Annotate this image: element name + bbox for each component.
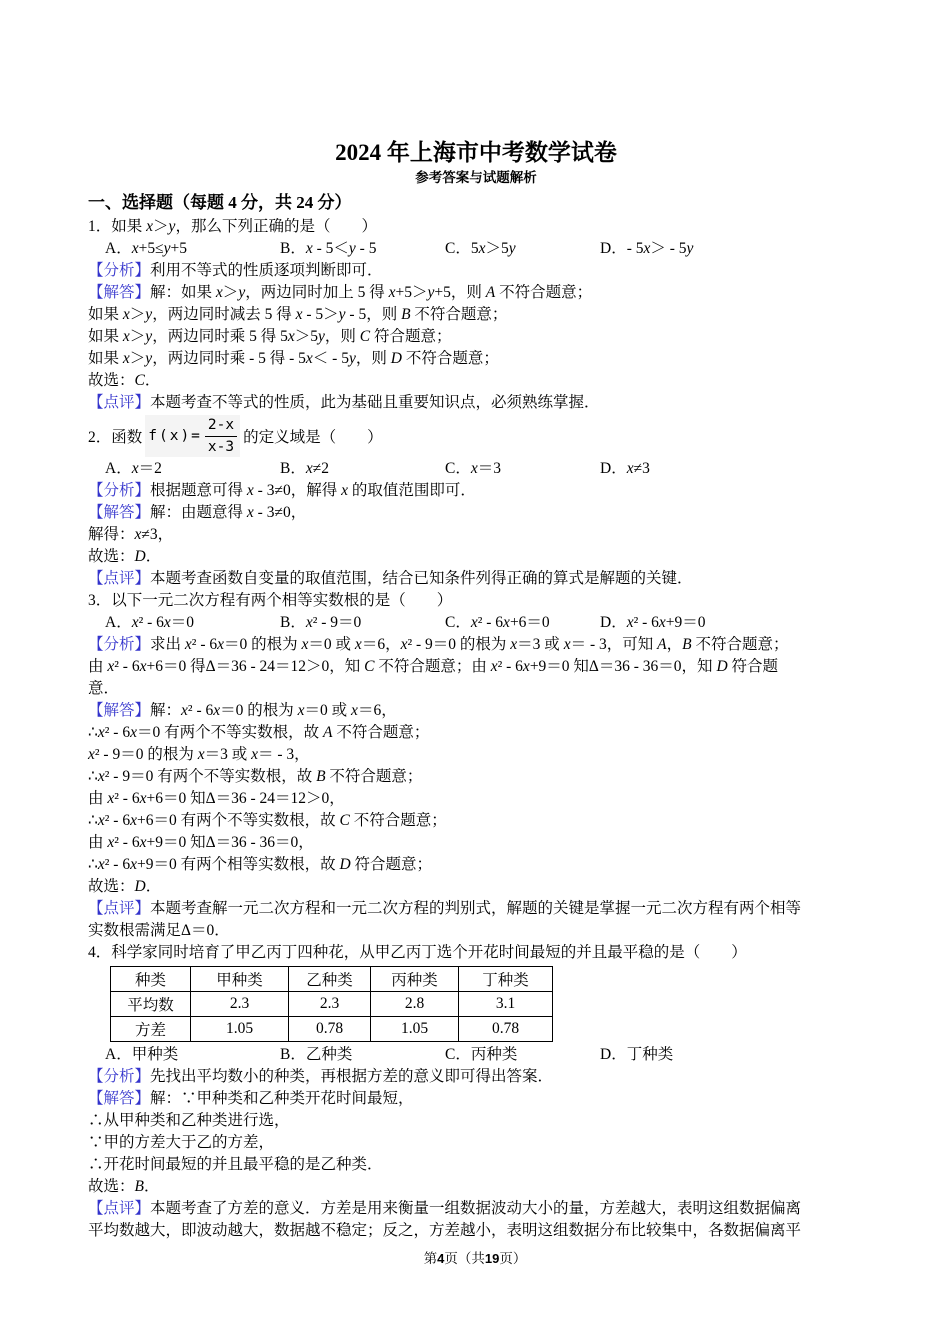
table-cell: 方差 — [111, 1017, 191, 1042]
total-pages: 19 — [485, 1251, 499, 1266]
text-line: 如果 x＞y，两边同时乘 - 5 得 - 5x＜ - 5y，则 D 不符合题意； — [88, 348, 864, 370]
analysis-label: 【分析】 — [88, 262, 150, 279]
text-line: 故选：D． — [88, 546, 864, 568]
text-line: ∴开花时间最短的并且最平稳的是乙种类． — [88, 1154, 864, 1176]
question-3: 3．以下一元二次方程有两个相等实数根的是（ ）A．x² - 6x＝0B．x² -… — [88, 590, 864, 942]
question-line-with-formula: 2．函数f(x)=2-xx-3的定义域是（ ） — [88, 414, 864, 458]
table-cell: 丙种类 — [371, 967, 459, 992]
fraction-formula: f(x)=2-xx-3 — [145, 415, 240, 456]
analysis-line: 【分析】先找出平均数小的种类，再根据方差的意义即可得出答案． — [88, 1066, 864, 1088]
table-cell: 种类 — [111, 967, 191, 992]
solution-line: 【解答】解：如果 x＞y，两边同时加上 5 得 x+5＞y+5，则 A 不符合题… — [88, 282, 864, 304]
text-line: ∴x² - 9＝0 有两个不等实数根，故 B 不符合题意； — [88, 766, 864, 788]
document-title: 2024 年上海市中考数学试卷 — [88, 138, 864, 168]
option-d: D．- 5x＞ - 5y — [600, 238, 693, 260]
text-line: 如果 x＞y，两边同时乘 5 得 5x＞5y，则 C 符合题意； — [88, 326, 864, 348]
document-subtitle: 参考答案与试题解析 — [88, 168, 864, 188]
text-line: 由 x² - 6x+6＝0 知Δ＝36 - 24＝12＞0， — [88, 788, 864, 810]
text-line: x² - 9＝0 的根为 x＝3 或 x＝ - 3， — [88, 744, 864, 766]
footer-text: 第 — [424, 1251, 438, 1266]
text-line: 意． — [88, 678, 864, 700]
analysis-line: 【分析】求出 x² - 6x＝0 的根为 x＝0 或 x＝6，x² - 9＝0 … — [88, 634, 864, 656]
page-footer: 第4页（共19页） — [0, 1247, 950, 1267]
options-row: A．x＝2B．x≠2C．x＝3D．x≠3 — [88, 458, 864, 480]
analysis-line: 【分析】利用不等式的性质逐项判断即可． — [88, 260, 864, 282]
analysis-label: 【分析】 — [88, 636, 150, 653]
question-2: 2．函数f(x)=2-xx-3的定义域是（ ）A．x＝2B．x≠2C．x＝3D．… — [88, 414, 864, 590]
text-line: ∴x² - 6x+9＝0 有两个相等实数根，故 D 符合题意； — [88, 854, 864, 876]
flower-data-table: 种类甲种类乙种类丙种类丁种类平均数2.32.32.83.1方差1.050.781… — [110, 966, 553, 1042]
text-line: 如果 x＞y，两边同时减去 5 得 x - 5＞y - 5，则 B 不符合题意； — [88, 304, 864, 326]
comment-line: 【点评】本题考查了方差的意义．方差是用来衡量一组数据波动大小的量，方差越大，表明… — [88, 1198, 864, 1220]
options-row: A．甲种类B．乙种类C．丙种类D．丁种类 — [88, 1044, 864, 1066]
solution-label: 【解答】 — [88, 1090, 150, 1107]
option-b: B．乙种类 — [280, 1044, 352, 1066]
question-4: 4．科学家同时培育了甲乙丙丁四种花，从甲乙丙丁选个开花时间最短的并且最平稳的是（… — [88, 942, 864, 1242]
text-line: 由 x² - 6x+9＝0 知Δ＝36 - 36＝0， — [88, 832, 864, 854]
options-row: A．x+5≤y+5B．x - 5＜y - 5C．5x＞5yD．- 5x＞ - 5… — [88, 238, 864, 260]
text-line: ∵甲的方差大于乙的方差， — [88, 1132, 864, 1154]
table-cell: 1.05 — [371, 1017, 459, 1042]
option-d: D．丁种类 — [600, 1044, 673, 1066]
options-row: A．x² - 6x＝0B．x² - 9＝0C．x² - 6x+6＝0D．x² -… — [88, 612, 864, 634]
text-run: 的定义域是（ ） — [243, 425, 383, 447]
text-line: 3．以下一元二次方程有两个相等实数根的是（ ） — [88, 590, 864, 612]
text-run: 2．函数 — [88, 425, 142, 447]
comment-label: 【点评】 — [88, 570, 150, 587]
option-b: B．x² - 9＝0 — [280, 612, 361, 634]
document-page: 2024 年上海市中考数学试卷 参考答案与试题解析 一、选择题（每题 4 分，共… — [0, 0, 950, 1344]
solution-label: 【解答】 — [88, 284, 150, 301]
section-heading: 一、选择题（每题 4 分，共 24 分） — [88, 190, 864, 216]
option-a: A．x＝2 — [105, 458, 162, 480]
question-1: 1．如果 x＞y，那么下列正确的是（ ）A．x+5≤y+5B．x - 5＜y -… — [88, 216, 864, 414]
text-line: ∴从甲种类和乙种类进行选， — [88, 1110, 864, 1132]
option-a: A．x+5≤y+5 — [105, 238, 187, 260]
solution-line: 【解答】解：x² - 6x＝0 的根为 x＝0 或 x＝6， — [88, 700, 864, 722]
table-cell: 2.3 — [191, 992, 289, 1017]
text-line: 故选：B． — [88, 1176, 864, 1198]
text-line: 实数根需满足Δ＝0． — [88, 920, 864, 942]
table-row: 平均数2.32.32.83.1 — [111, 992, 553, 1017]
fraction: 2-xx-3 — [205, 416, 237, 455]
table-row: 种类甲种类乙种类丙种类丁种类 — [111, 967, 553, 992]
solution-line: 【解答】解：∵甲种类和乙种类开花时间最短， — [88, 1088, 864, 1110]
option-b: B．x - 5＜y - 5 — [280, 238, 376, 260]
text-line: ∴x² - 6x＝0 有两个不等实数根，故 A 不符合题意； — [88, 722, 864, 744]
table-cell: 平均数 — [111, 992, 191, 1017]
comment-label: 【点评】 — [88, 900, 150, 917]
comment-line: 【点评】本题考查函数自变量的取值范围，结合已知条件列得正确的算式是解题的关键． — [88, 568, 864, 590]
table-cell: 2.3 — [289, 992, 371, 1017]
solution-line: 【解答】解：由题意得 x - 3≠0， — [88, 502, 864, 524]
text-line: ∴x² - 6x+6＝0 有两个不等实数根，故 C 不符合题意； — [88, 810, 864, 832]
analysis-label: 【分析】 — [88, 482, 150, 499]
text-line: 解得：x≠3， — [88, 524, 864, 546]
table-cell: 丁种类 — [459, 967, 553, 992]
table-cell: 1.05 — [191, 1017, 289, 1042]
table-cell: 0.78 — [459, 1017, 553, 1042]
table-cell: 3.1 — [459, 992, 553, 1017]
solution-label: 【解答】 — [88, 702, 150, 719]
comment-label: 【点评】 — [88, 394, 150, 411]
analysis-label: 【分析】 — [88, 1068, 150, 1085]
text-line: 故选：D． — [88, 876, 864, 898]
text-line: 故选：C． — [88, 370, 864, 392]
option-d: D．x≠3 — [600, 458, 650, 480]
footer-text: 页） — [499, 1251, 526, 1266]
table-cell: 乙种类 — [289, 967, 371, 992]
option-c: C．5x＞5y — [445, 238, 516, 260]
text-line: 4．科学家同时培育了甲乙丙丁四种花，从甲乙丙丁选个开花时间最短的并且最平稳的是（… — [88, 942, 864, 964]
option-a: A．x² - 6x＝0 — [105, 612, 194, 634]
document-content: 2024 年上海市中考数学试卷 参考答案与试题解析 一、选择题（每题 4 分，共… — [88, 138, 864, 1242]
fraction-denominator: x-3 — [205, 437, 237, 456]
table-cell: 2.8 — [371, 992, 459, 1017]
option-c: C．x² - 6x+6＝0 — [445, 612, 550, 634]
text-line: 由 x² - 6x+6＝0 得Δ＝36 - 24＝12＞0，知 C 不符合题意；… — [88, 656, 864, 678]
function-notation: f(x)= — [148, 428, 205, 444]
option-c: C．丙种类 — [445, 1044, 517, 1066]
footer-text: 页（共 — [444, 1251, 485, 1266]
table-row: 方差1.050.781.050.78 — [111, 1017, 553, 1042]
text-line: 平均数越大，即波动越大，数据越不稳定；反之，方差越小，表明这组数据分布比较集中，… — [88, 1220, 864, 1242]
option-d: D．x² - 6x+9＝0 — [600, 612, 706, 634]
comment-label: 【点评】 — [88, 1200, 150, 1217]
comment-line: 【点评】本题考查不等式的性质，此为基础且重要知识点，必须熟练掌握． — [88, 392, 864, 414]
text-line: 1．如果 x＞y，那么下列正确的是（ ） — [88, 216, 864, 238]
table-cell: 甲种类 — [191, 967, 289, 992]
comment-line: 【点评】本题考查解一元二次方程和一元二次方程的判别式，解题的关键是掌握一元二次方… — [88, 898, 864, 920]
option-c: C．x＝3 — [445, 458, 501, 480]
question-blocks: 1．如果 x＞y，那么下列正确的是（ ）A．x+5≤y+5B．x - 5＜y -… — [88, 216, 864, 1242]
table-cell: 0.78 — [289, 1017, 371, 1042]
option-a: A．甲种类 — [105, 1044, 178, 1066]
analysis-line: 【分析】根据题意可得 x - 3≠0，解得 x 的取值范围即可． — [88, 480, 864, 502]
option-b: B．x≠2 — [280, 458, 329, 480]
solution-label: 【解答】 — [88, 504, 150, 521]
fraction-numerator: 2-x — [205, 416, 237, 436]
